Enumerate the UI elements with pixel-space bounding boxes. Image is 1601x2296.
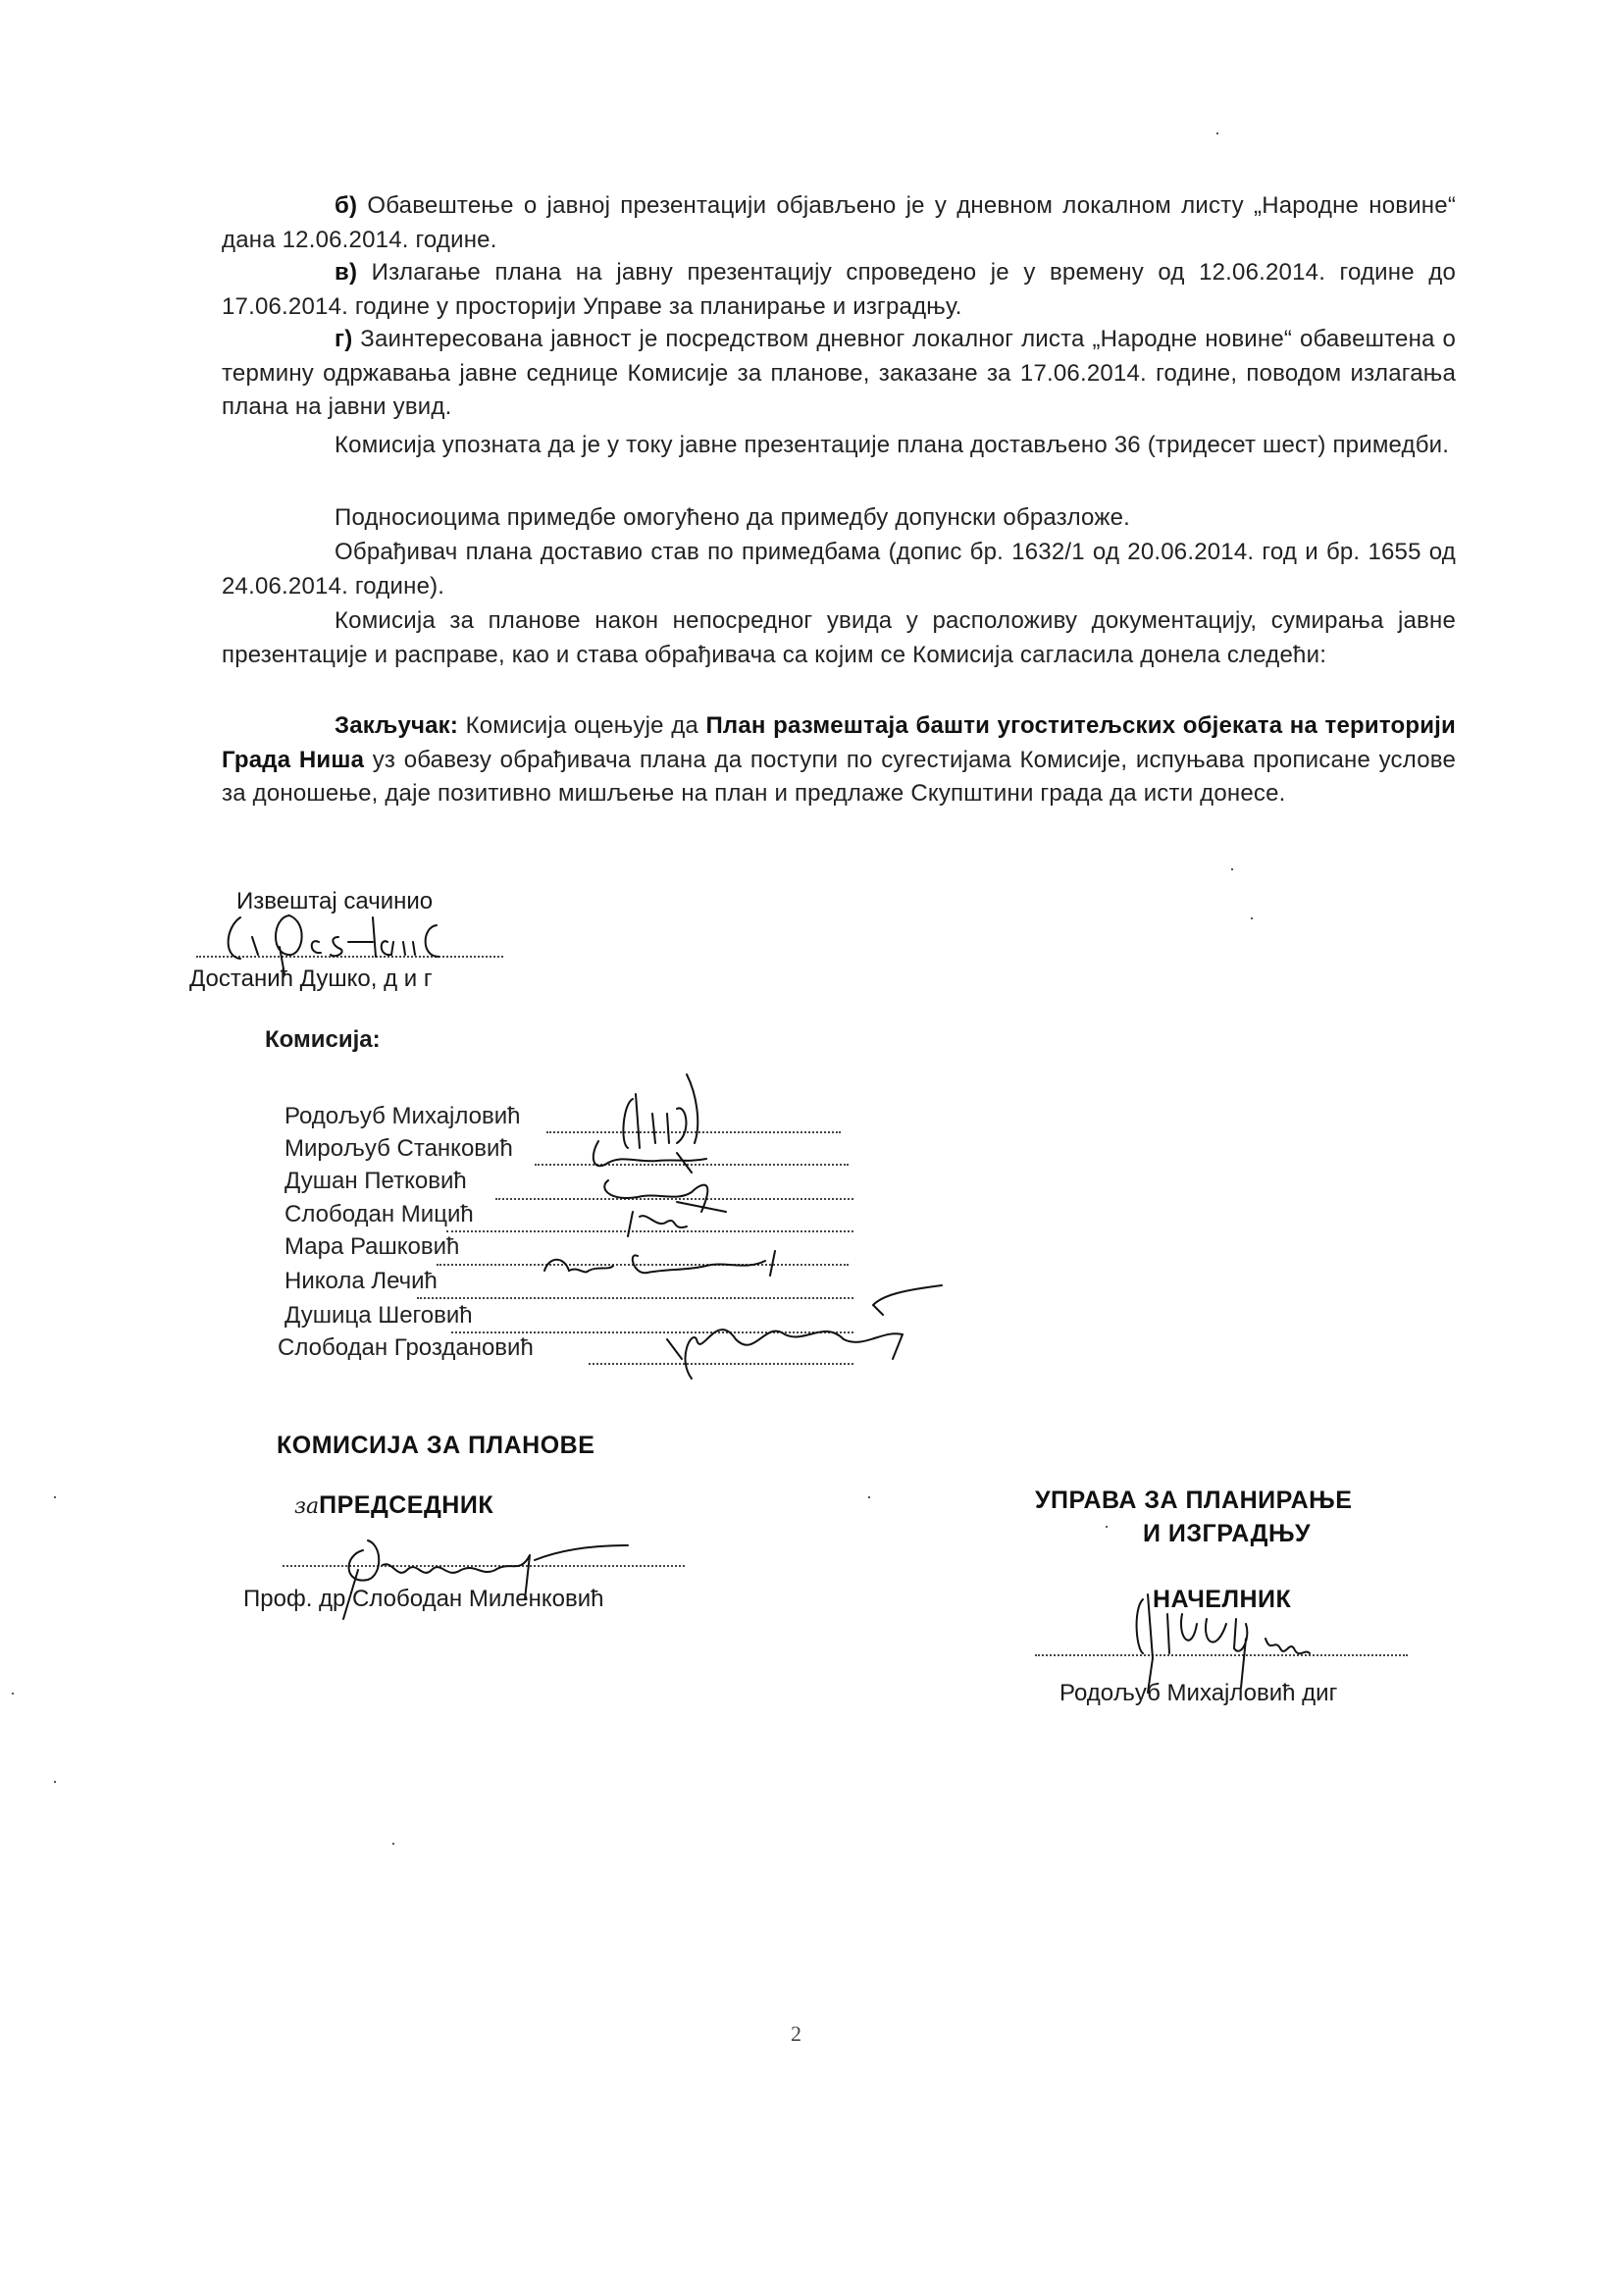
member-name: Мара Рашковић bbox=[284, 1233, 459, 1260]
conclusion-label: Закључак: bbox=[335, 712, 458, 739]
paragraph-text: Подносиоцима примедбе омогућено да приме… bbox=[335, 504, 1130, 531]
chairman-label: ПРЕДСЕДНИК bbox=[319, 1491, 493, 1519]
head-name: Родољуб Михајловић диг bbox=[1059, 1680, 1337, 1707]
item-label: б) bbox=[335, 192, 357, 219]
signature-line bbox=[446, 1230, 853, 1232]
scan-speck bbox=[392, 1843, 394, 1845]
paragraph-text: Комисија упозната да је у току јавне пре… bbox=[335, 432, 1449, 458]
paragraph-g: г) Заинтересована јавност је посредством… bbox=[222, 323, 1456, 425]
member-name: Слободан Мицић bbox=[284, 1201, 474, 1227]
member-name: Слободан Гроздановић bbox=[278, 1334, 534, 1361]
page-number: 2 bbox=[791, 2021, 801, 2047]
member-row: Душан Петковић bbox=[284, 1168, 467, 1195]
paragraph-v: в) Излагање плана на јавну презентацију … bbox=[222, 256, 1456, 324]
administration-org-line1: УПРАВА ЗА ПЛАНИРАЊЕ bbox=[1035, 1487, 1352, 1515]
signature-line bbox=[535, 1164, 849, 1166]
paragraph-objections: Комисија упозната да је у току јавне пре… bbox=[222, 429, 1456, 463]
member-name: Мирољуб Станковић bbox=[284, 1135, 513, 1162]
member-row: Мара Рашковић bbox=[284, 1233, 459, 1261]
signature-line bbox=[495, 1198, 853, 1200]
signature-line bbox=[196, 956, 503, 958]
paragraph-commission: Комисија за планове након непосредног ув… bbox=[222, 604, 1456, 672]
report-author-name: Достанић Душко, д и г bbox=[189, 965, 433, 993]
scan-speck bbox=[54, 1496, 56, 1498]
scan-speck bbox=[868, 1496, 870, 1498]
chairman-name: Проф. др Слободан Миленковић bbox=[243, 1586, 603, 1613]
paragraph-b: б) Обавештење о јавној презентацији обја… bbox=[222, 189, 1456, 257]
member-row: Слободан Мицић bbox=[284, 1201, 474, 1228]
signature-line bbox=[417, 1297, 853, 1299]
scan-speck bbox=[1231, 868, 1233, 870]
scan-speck bbox=[1106, 1526, 1108, 1528]
signature-line bbox=[437, 1264, 849, 1266]
scan-speck bbox=[54, 1781, 56, 1783]
scan-speck bbox=[1216, 132, 1218, 134]
paragraph-text: Заинтересована јавност је посредством дн… bbox=[222, 326, 1456, 420]
signature-line bbox=[451, 1331, 853, 1333]
member-row: Мирољуб Станковић bbox=[284, 1135, 513, 1163]
member-row: Родољуб Михајловић bbox=[284, 1103, 521, 1130]
conclusion-text-2: уз обавезу обрађивача плана да поступи п… bbox=[222, 747, 1456, 808]
paragraph-text: Излагање плана на јавну презентацију спр… bbox=[222, 259, 1456, 320]
signature-line bbox=[546, 1131, 841, 1133]
member-name: Родољуб Михајловић bbox=[284, 1103, 521, 1129]
report-author-label: Извештај сачинио bbox=[236, 888, 433, 915]
member-row: Слободан Гроздановић bbox=[278, 1334, 534, 1362]
member-name: Никола Лечић bbox=[284, 1268, 438, 1294]
member-row: Никола Лечић bbox=[284, 1268, 438, 1295]
administration-org-line2: И ИЗГРАДЊУ bbox=[1143, 1520, 1311, 1548]
scan-speck bbox=[12, 1693, 14, 1695]
paragraph-processor: Обрађивач плана доставио став по примедб… bbox=[222, 536, 1456, 603]
on-behalf-prefix: за bbox=[294, 1494, 319, 1519]
paragraph-text: Комисија за планове након непосредног ув… bbox=[222, 607, 1456, 668]
paragraph-text: Обрађивач плана доставио став по примедб… bbox=[222, 539, 1456, 600]
signature-line bbox=[1035, 1654, 1408, 1656]
commission-org: КОМИСИЈА ЗА ПЛАНОВЕ bbox=[277, 1432, 594, 1460]
item-label: г) bbox=[335, 326, 352, 352]
item-label: в) bbox=[335, 259, 357, 286]
member-name: Душан Петковић bbox=[284, 1168, 467, 1194]
member-name: Душица Шеговић bbox=[284, 1302, 473, 1329]
signature-line bbox=[589, 1363, 853, 1365]
head-title: НАЧЕЛНИК bbox=[1153, 1586, 1291, 1614]
commission-heading: Комисија: bbox=[265, 1026, 381, 1054]
member-row: Душица Шеговић bbox=[284, 1302, 473, 1330]
conclusion-text-1: Комисија оцењује да bbox=[458, 712, 705, 739]
scan-speck bbox=[1251, 917, 1253, 919]
paragraph-conclusion: Закључак: Комисија оцењује да План разме… bbox=[222, 709, 1456, 811]
signature-line bbox=[283, 1565, 685, 1567]
chairman-title: заПРЕДСЕДНИК bbox=[294, 1491, 493, 1520]
paragraph-submitters: Подносиоцима примедбе омогућено да приме… bbox=[222, 501, 1456, 536]
paragraph-text: Обавештење о јавној презентацији објавље… bbox=[222, 192, 1456, 253]
